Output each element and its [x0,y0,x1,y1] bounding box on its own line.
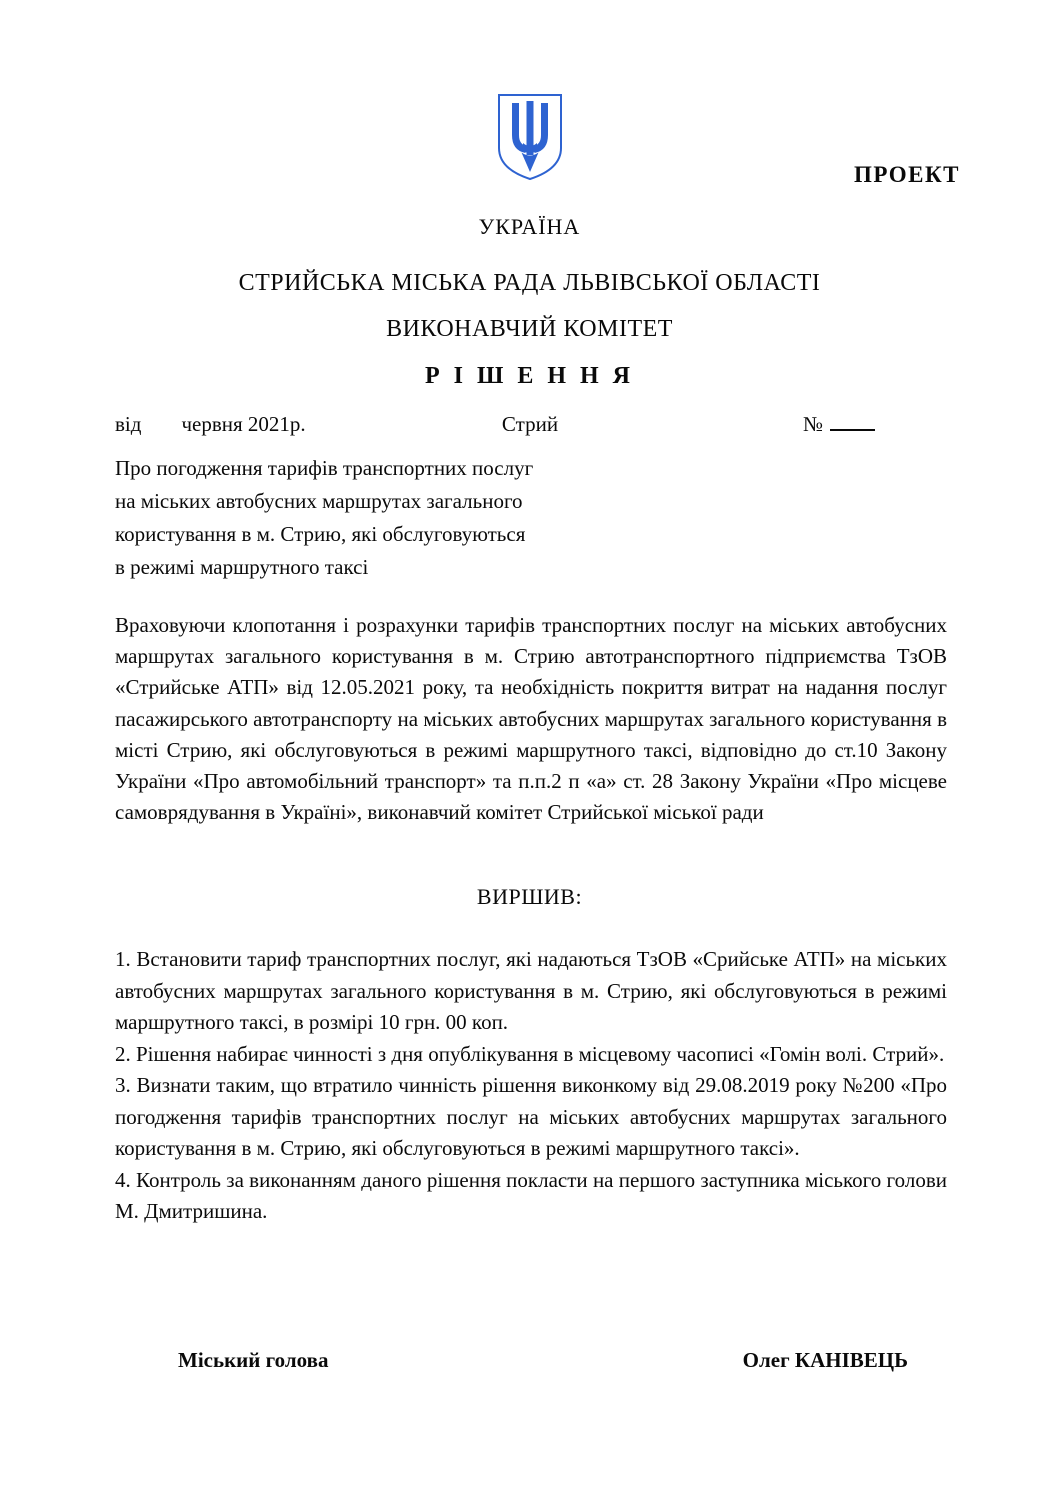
resolution-item-1: 1. Встановити тариф транспортних послуг,… [115,944,947,1039]
signatory-name: Олег КАНІВЕЦЬ [743,1348,908,1373]
resolution-item-3: 3. Визнати таким, що втратило чинність р… [115,1070,947,1165]
document-type-title: Р І Ш Е Н Н Я [0,363,1059,390]
resolved-heading: ВИРШИВ: [0,884,1059,910]
council-title: СТРИЙСЬКА МІСЬКА РАДА ЛЬВІВСЬКОЇ ОБЛАСТІ [0,270,1059,297]
document-number-zone: № [803,412,875,437]
date-value: червня 2021р. [181,412,305,436]
ukraine-trident-emblem-icon [496,93,564,181]
resolution-items: 1. Встановити тариф транспортних послуг,… [115,944,947,1228]
dateline: відчервня 2021р. Стрий № [115,412,945,437]
resolution-item-4: 4. Контроль за виконанням даного рішення… [115,1165,947,1228]
document-page: ПРОЕКТ УКРАЇНА СТРИЙСЬКА МІСЬКА РАДА ЛЬВ… [0,0,1059,1497]
signature-row: Міський голова Олег КАНІВЕЦЬ [115,1348,945,1373]
subject-paragraph: Про погодження тарифів транспортних посл… [115,452,675,584]
country-title: УКРАЇНА [0,214,1059,240]
date-from-label: від [115,412,141,436]
city-label: Стрий [502,412,558,437]
resolution-item-2: 2. Рішення набирає чинності з дня опублі… [115,1039,947,1071]
preamble-paragraph: Враховуючи клопотання і розрахунки тариф… [115,610,947,828]
dateline-left: відчервня 2021р. [115,412,306,437]
draft-label: ПРОЕКТ [854,162,960,188]
committee-title: ВИКОНАВЧИЙ КОМІТЕТ [0,316,1059,343]
number-blank-line [830,417,875,431]
number-label: № [803,412,823,436]
signatory-title: Міський голова [178,1348,328,1373]
